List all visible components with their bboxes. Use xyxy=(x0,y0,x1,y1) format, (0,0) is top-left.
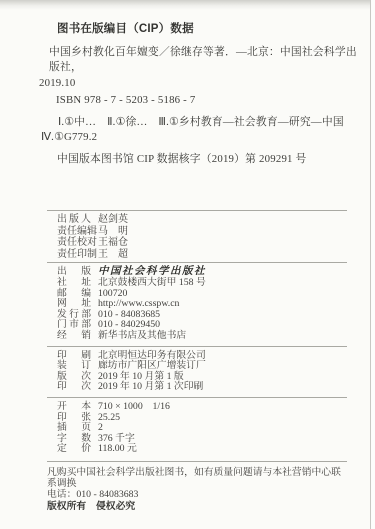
colophon-row-seller: 经销 新华书店及其他书店 xyxy=(47,331,347,342)
row-value: 王 超 xyxy=(98,249,128,261)
colophon-row-address: 社址 北京鼓楼西大街甲 158 号 xyxy=(47,278,347,289)
row-label: 出版人 xyxy=(57,214,91,226)
colophon: 出版人 赵剑英 责任编辑 马 明 责任校对 王福仓 责任印制 王 超 出版 中国… xyxy=(47,210,347,512)
cip-title-line: 中国乡村教化百年嬗变／徐继存等著．—北京：中国社会科学出版社， xyxy=(39,45,357,76)
footer-section: 凡购买中国社会科学出版社图书，如有质量问题请与本社营销中心联系调换 电话：010… xyxy=(47,461,347,512)
colophon-row-publisher-person: 出版人 赵剑英 xyxy=(47,214,347,226)
row-label: 责任编辑 xyxy=(57,226,91,238)
row-value: 赵剑英 xyxy=(98,214,128,226)
row-label: 印次 xyxy=(57,382,91,393)
row-value: 2019 年 10 月第 1 次印刷 xyxy=(98,382,203,393)
cip-record-number-line: 中国版本图书馆 CIP 数据核字（2019）第 209291 号 xyxy=(39,152,357,168)
colophon-row-binder: 装订 廊坊市广阳区广增装订厂 xyxy=(47,361,347,372)
colophon-row-editor: 责任编辑 马 明 xyxy=(47,226,347,238)
publishing-section: 出版 中国社会科学出版社 社址 北京鼓楼西大街甲 158 号 邮编 100720… xyxy=(47,262,347,345)
copyright-statement: 版权所有 侵权必究 xyxy=(47,501,347,512)
row-label: 责任印制 xyxy=(57,249,91,261)
cip-data-block: 图书在版编目（CIP）数据 中国乡村教化百年嬗变／徐继存等著．—北京：中国社会科… xyxy=(39,22,357,167)
cip-isbn-line: ISBN 978 - 7 - 5203 - 5186 - 7 xyxy=(39,93,357,109)
quality-notice: 凡购买中国社会科学出版社图书，如有质量问题请与本社营销中心联系调换 xyxy=(47,467,347,489)
format-section: 开本 710 × 1000 1/16 印张 25.25 插页 2 字数 376 … xyxy=(47,397,347,461)
cip-classification-line-1: Ⅰ.①中… Ⅱ.①徐… Ⅲ.①乡村教育—社会教育—研究—中国 xyxy=(39,115,357,131)
colophon-row-website: 网址 http://www.csspw.cn xyxy=(47,299,347,310)
row-value: 王福仓 xyxy=(98,237,128,249)
cip-header: 图书在版编目（CIP）数据 xyxy=(39,22,357,38)
scan-top-shadow xyxy=(0,0,375,10)
colophon-row-inserts: 插页 2 xyxy=(47,423,347,434)
colophon-row-postcode: 邮编 100720 xyxy=(47,289,347,300)
row-value: 马 明 xyxy=(98,226,128,238)
scan-right-margin xyxy=(371,0,375,529)
row-label: 责任校对 xyxy=(57,237,91,249)
colophon-row-impression: 印次 2019 年 10 月第 1 次印刷 xyxy=(47,382,347,393)
row-label: 开本 xyxy=(57,402,91,413)
colophon-row-proofreader: 责任校对 王福仓 xyxy=(47,237,347,249)
colophon-row-price: 定价 118.00 元 xyxy=(47,444,347,455)
service-phone: 电话：010 - 84083683 xyxy=(47,489,347,500)
row-label: 定价 xyxy=(57,444,91,455)
colophon-row-distribution-phone: 发行部 010 - 84083685 xyxy=(47,310,347,321)
colophon-row-word-count: 字数 376 千字 xyxy=(47,434,347,445)
row-label: 经销 xyxy=(57,331,91,342)
row-value: 710 × 1000 1/16 xyxy=(98,402,170,413)
colophon-row-sheets: 印张 25.25 xyxy=(47,413,347,424)
staff-section: 出版人 赵剑英 责任编辑 马 明 责任校对 王福仓 责任印制 王 超 xyxy=(47,210,347,262)
colophon-row-retail-phone: 门市部 010 - 84029450 xyxy=(47,320,347,331)
page-edge-line xyxy=(370,0,371,529)
printing-section: 印刷 北京明恒达印务有限公司 装订 廊坊市广阳区广增装订厂 版次 2019 年 … xyxy=(47,346,347,397)
row-value: 新华书店及其他书店 xyxy=(98,331,186,342)
colophon-row-trim-size: 开本 710 × 1000 1/16 xyxy=(47,402,347,413)
colophon-row-print-supervisor: 责任印制 王 超 xyxy=(47,249,347,261)
cip-year-line: 2019.10 xyxy=(39,76,357,92)
cip-classification-line-2: Ⅳ.①G779.2 xyxy=(39,130,357,146)
row-label: 社址 xyxy=(57,278,91,289)
row-value: 118.00 元 xyxy=(98,444,137,455)
row-value: 北京鼓楼西大街甲 158 号 xyxy=(98,278,206,289)
